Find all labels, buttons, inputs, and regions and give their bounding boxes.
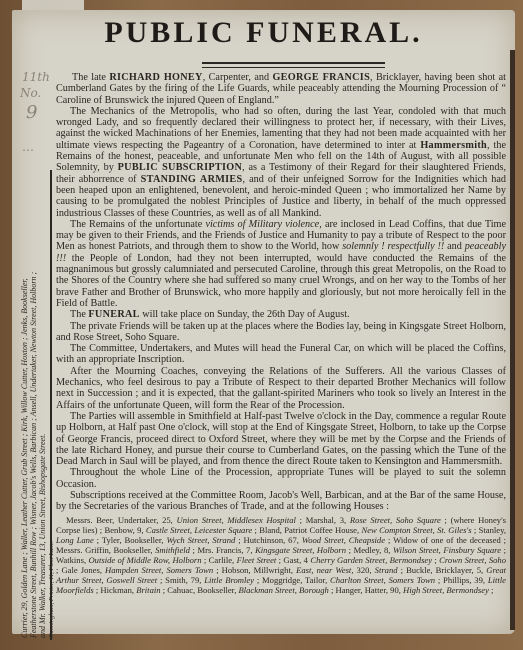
text-segment: ; Bland, Patriot Coffee House,	[252, 525, 361, 535]
broadside-sheet: PUBLIC FUNERAL. 11th No. 9 … Currier, 29…	[12, 10, 515, 634]
paragraph: The late RICHARD HONEY, Carpenter, and G…	[56, 72, 506, 106]
text-segment: New Compton Street, St. Giles's	[361, 525, 471, 535]
text-segment: PUBLIC SUBSCRIPTION	[118, 162, 242, 173]
sheet-edge-shadow	[510, 50, 515, 630]
text-segment: GEORGE FRANCIS	[272, 72, 370, 83]
text-segment: Long Lane	[56, 535, 94, 545]
text-segment: Kingsgate Street, Holborn	[255, 545, 346, 555]
text-segment: Cherry Garden Street, Bermondsey	[310, 555, 432, 565]
text-segment: , Carpenter, and	[203, 72, 273, 83]
text-segment: ; Hanger, Hatter, 90,	[329, 585, 403, 595]
document-title: PUBLIC FUNERAL.	[12, 16, 515, 50]
text-segment: solemnly ! respectfully !!	[342, 241, 444, 252]
text-segment: ; Mrs. Francis, 7,	[190, 545, 255, 555]
text-segment: ; Moggridge, Tailor,	[254, 575, 330, 585]
text-segment: STANDING ARMIES	[141, 174, 243, 185]
paragraph: The Mechanics of the Metropolis, who had…	[56, 106, 506, 219]
text-segment: ; Gale Jones,	[56, 565, 105, 575]
paragraph: The Committee, Undertakers, and Mutes wi…	[56, 343, 506, 366]
text-segment: , 320,	[351, 565, 374, 575]
text-segment: ; Hutchinson, 67,	[235, 535, 302, 545]
text-segment: East, near West	[296, 565, 351, 575]
text-segment: Rose Street, Soho Square	[350, 515, 441, 525]
text-segment: Wood Street, Cheapside	[302, 535, 385, 545]
text-segment: Britain	[136, 585, 160, 595]
paragraph: Throughout the whole Line of the Process…	[56, 467, 506, 490]
text-segment: ; Carlile,	[202, 555, 237, 565]
text-segment: Castle Street, Leicester Square	[146, 525, 252, 535]
handwritten-note: No.	[20, 86, 41, 100]
text-segment: Strand	[375, 565, 398, 575]
text-segment: Smithfield	[155, 545, 190, 555]
paragraphs: The late RICHARD HONEY, Carpenter, and G…	[56, 72, 506, 513]
handwritten-note: 11th	[22, 70, 50, 84]
subscription-houses-list: Messrs. Beer, Undertaker, 25, Union Stre…	[56, 515, 506, 595]
text-segment: ; Gast, 4	[276, 555, 310, 565]
sidebar-vertical-list: Currier, 29, Golden Lane ; Waller, Leath…	[20, 178, 48, 638]
text-segment: Hampden Street, Somers Town	[105, 565, 213, 575]
text-segment: the People of London, had they not been …	[56, 253, 506, 309]
paragraph: The Parties will assemble in Smithfield …	[56, 411, 506, 467]
text-segment: ; Marshal, 3,	[296, 515, 350, 525]
text-segment: victims of Military violence	[205, 219, 319, 230]
text-segment: Charlton Street, Somers Town	[330, 575, 435, 585]
text-segment: Throughout the whole Line of the Process…	[56, 467, 506, 489]
paragraph: Subscriptions received at the Committee …	[56, 490, 506, 513]
text-segment: ;	[489, 585, 494, 595]
text-segment: Hammersmith	[420, 140, 487, 151]
text-segment: After the Mourning Coaches, conveying th…	[56, 366, 506, 411]
paragraph: The Remains of the unfortunate victims o…	[56, 219, 506, 309]
text-segment: Outside of Middle Row, Holborn	[88, 555, 201, 565]
paragraph: The private Friends will be taken up at …	[56, 321, 506, 344]
sidebar-line: Currier, 29, Golden Lane ; Waller, Leath…	[20, 178, 29, 638]
adhesive-tape	[22, 0, 84, 10]
text-segment: The Parties will assemble in Smithfield …	[56, 411, 506, 467]
printer-imprint: Cunningham, Printer, 11, Fleet Lane.	[47, 178, 56, 638]
text-segment: and	[444, 241, 464, 252]
text-segment: The late	[72, 72, 109, 83]
text-segment: Wilson Street, Finsbury Square	[393, 545, 501, 555]
paragraph: After the Mourning Coaches, conveying th…	[56, 366, 506, 411]
text-segment: ; Buckle, Bricklayer, 5,	[398, 565, 487, 575]
text-segment: FUNERAL	[88, 309, 139, 320]
sidebar-text-block: Currier, 29, Golden Lane ; Waller, Leath…	[20, 178, 48, 638]
document-body: The late RICHARD HONEY, Carpenter, and G…	[56, 72, 506, 595]
text-segment: The Remains of the unfortunate	[70, 219, 205, 230]
text-segment: The private Friends will be taken up at …	[56, 321, 506, 343]
text-segment: Union Street, Middlesex Hospital	[177, 515, 296, 525]
text-segment: Messrs. Beer, Undertaker, 25,	[66, 515, 177, 525]
text-segment: The	[70, 309, 88, 320]
text-segment: The Committee, Undertakers, and Mutes wi…	[56, 343, 506, 365]
text-segment: Fleet Street	[237, 555, 277, 565]
text-segment: will take place on Sunday, the 26th Day …	[140, 309, 350, 320]
text-segment: Wych Street, Strand	[166, 535, 235, 545]
text-segment: ; Cahuac, Bookseller,	[161, 585, 239, 595]
paragraph: The FUNERAL will take place on Sunday, t…	[56, 309, 506, 320]
text-segment: High Street, Bermondsey	[403, 585, 489, 595]
text-segment: ; Phillips, 39,	[435, 575, 488, 585]
handwritten-note: 9	[26, 102, 37, 123]
sidebar-line: Featherstone Street, Bunhill Row ; Wisne…	[29, 178, 38, 638]
sidebar-line: and Mr. Walker, Treasurer, 13, Union Str…	[38, 178, 47, 638]
text-segment: Crown Street, Soho	[439, 555, 506, 565]
text-segment: Little Bromley	[204, 575, 254, 585]
text-segment: Blackman Street, Borough	[239, 585, 329, 595]
text-segment: ; Tyler, Bookseller,	[94, 535, 167, 545]
text-segment: RICHARD HONEY	[109, 72, 202, 83]
title-rule	[202, 62, 385, 68]
houses-paragraph: Messrs. Beer, Undertaker, 25, Union Stre…	[56, 515, 506, 595]
text-segment: ; Smith, 79,	[157, 575, 204, 585]
text-segment: ; Medley, 8,	[346, 545, 393, 555]
handwritten-note: …	[22, 140, 34, 154]
text-segment: ; Hobson, Millwright,	[213, 565, 296, 575]
text-segment: ; Stanley,	[472, 525, 506, 535]
text-segment: ; Hickman,	[94, 585, 136, 595]
text-segment: Subscriptions received at the Committee …	[56, 490, 506, 512]
